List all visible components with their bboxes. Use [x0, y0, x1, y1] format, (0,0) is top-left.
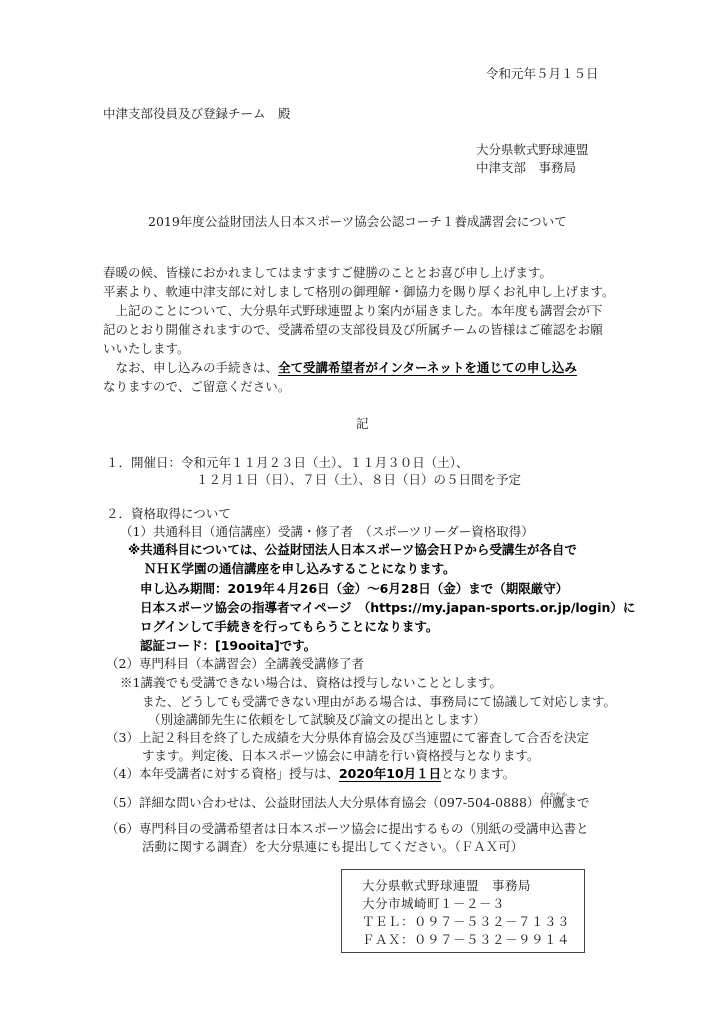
thanks-line: 平素より、軟連中津支部に対しまして格別の御理解・御協力を賜り厚くお礼申し上げます… [103, 283, 615, 300]
section2-item3-line-2: すます。判定後、日本スポーツ協会に申請を行い資格授与となります。 [142, 747, 540, 764]
document-title: 2019年度公益財団法人日本スポーツ協会公認コーチ１養成講習会について [148, 212, 567, 230]
section2-note2-line-3: （別途講師先生に依頼をして試験及び論文の提出とします） [148, 711, 486, 728]
qualification-date: 2020年10月１日 [339, 766, 441, 781]
application-period: 申し込み期間：2019年４月26日（金）～6月28日（金）まで（期限厳守） [140, 580, 568, 597]
section2-note1-line-2: ＮＨＫ学園の通信講座を申し込みすることになります。 [144, 560, 456, 577]
item5-prefix: （5）詳細な問い合わせは、公益財団法人大分県体育協会（097-504-0888） [106, 795, 539, 810]
notice-line-1: 上記のことについて、大分県年式野球連盟より案内が届きました。本年度も講習会が下 [103, 302, 603, 319]
application-emphasis: 全て受講希望者がインターネットを通じての申し込み [278, 360, 577, 375]
section2-item4: （4）本年受講者に対する資格」授与は、2020年10月１日となります。 [106, 765, 515, 782]
item4-prefix: （4）本年受講者に対する資格」授与は、 [106, 766, 339, 781]
auth-code: 認証コード：[19ooita]です。 [140, 637, 316, 654]
section2-item6-line-2: 活動に関する調査）を大分県連にも提出してください。（ＦＡＸ可） [142, 838, 523, 855]
document-date: 令和元年５月１５日 [486, 64, 599, 82]
section1-dates-line-1: １．開催日：令和元年１１月２３日（土）、１１月３０日（土）、 [106, 454, 469, 471]
application-notice-prefix: なお、申し込みの手続きは、 [103, 360, 278, 375]
application-notice-line-2: なりますので、ご留意ください。 [103, 378, 290, 395]
section2-item2: （2）専門科目（本講習会）全講義受講修了者 [106, 655, 364, 672]
contact-tel: ＴＥＬ：０９７－５３２－７１３３ [362, 912, 570, 930]
notice-line-3: いいたします。 [103, 340, 190, 357]
contact-org: 大分県軟式野球連盟 事務局 [362, 876, 531, 894]
section2-item6-line-1: （6）専門科目の受講希望者は日本スポーツ協会に提出するもの（別紙の受講申込書と [106, 820, 588, 837]
contact-person-ruby: なかたか [543, 787, 567, 804]
item5-suffix: まで [564, 795, 589, 810]
section1-dates-line-2: １２月１日（日）、７日（土）、８日（日）の５日間を予定 [196, 471, 521, 488]
notice-line-2: 記のとおり開催されますので、受講希望の支部役員及び所属チームの皆様はご確認をお願 [103, 321, 603, 338]
section2-note2-line-1: ※1講義でも受講できない場合は、資格は授与しないこととします。 [120, 674, 502, 691]
section2-item1: （1）共通科目（通信講座）受講・修了者 （スポーツリーダー資格取得） [120, 523, 534, 540]
section2-heading: ２．資格取得について [106, 505, 231, 522]
section2-item5: （5）詳細な問い合わせは、公益財団法人大分県体育協会（097-504-0888）… [106, 794, 589, 811]
item4-suffix: となります。 [441, 766, 515, 781]
contact-box: 大分県軟式野球連盟 事務局 大分市城崎町１－２－３ ＴＥＬ：０９７－５３２－７１… [341, 869, 585, 953]
section2-note1-line-1: ※共通科目については、公益財団法人日本スポーツ協会ＨＰから受講生が各自で [128, 541, 577, 558]
addressee: 中津支部役員及び登録チーム 殿 [103, 104, 291, 122]
sender-organization: 大分県軟式野球連盟 [476, 140, 589, 158]
section2-note2-line-2: また、どうしても受講できない理由がある場合は、事務局にて協議して対応します。 [142, 693, 616, 710]
application-notice: なお、申し込みの手続きは、全て受講希望者がインターネットを通じての申し込み [103, 359, 577, 376]
greeting-line: 春暖の候、皆様におかれましてはますますご健勝のこととお喜び申し上げます。 [103, 264, 552, 281]
contact-fax: ＦＡＸ：０９７－５３２－９９１４ [362, 930, 570, 948]
sender-office: 中津支部 事務局 [476, 158, 576, 176]
contact-address: 大分市城崎町１－２－３ [362, 894, 505, 912]
login-instruction: ログインして手続きを行ってもらうことになります。 [140, 618, 438, 635]
contact-person: なかたか仲鷹 [539, 794, 564, 811]
ki-marker: 記 [356, 414, 369, 432]
mypage-info: 日本スポーツ協会の指導者マイページ （https://my.japan-spor… [140, 599, 635, 616]
section2-item3-line-1: （3）上記２科目を終了した成績を大分県体育協会及び当連盟にて審査して合否を決定 [106, 729, 589, 746]
